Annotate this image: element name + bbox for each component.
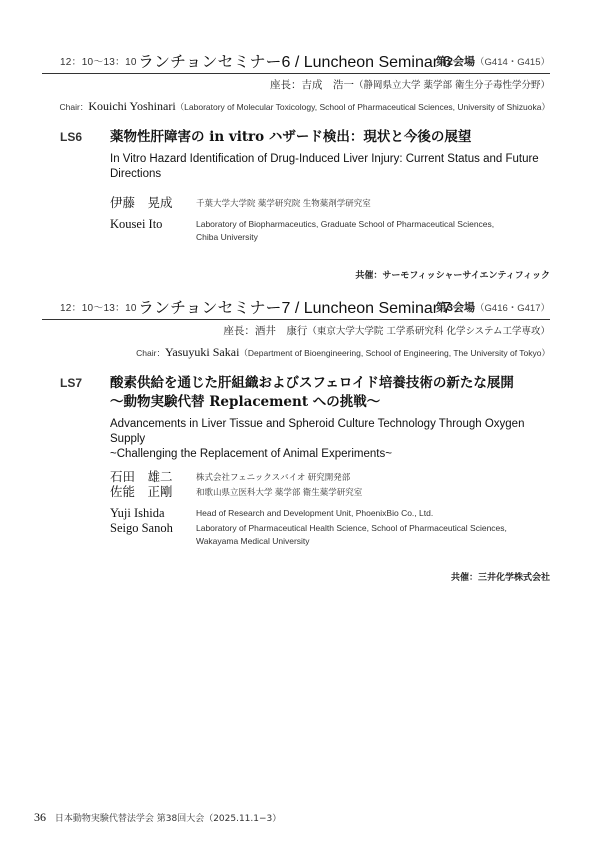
- speaker-affiliation-en: Laboratory of Biopharmaceutics, Graduate…: [196, 217, 494, 244]
- session-title: ランチョンセミナー6 / Luncheon Seminar 6: [138, 49, 451, 72]
- speaker-affiliation-jp: 和歌山県立医科大学 薬学部 衛生薬学研究室: [196, 485, 362, 500]
- speaker-name-jp: 伊藤 晃成: [110, 196, 196, 211]
- lecture-ls6: LS6 薬物性肝障害の in vitro ハザード検出：現状と今後の展望 In …: [42, 128, 550, 244]
- session-title: ランチョンセミナー7 / Luncheon Seminar 7: [138, 295, 451, 318]
- room-name: 第3会場: [436, 302, 475, 314]
- chair-en-name: Kouichi Yoshinari: [88, 99, 175, 113]
- session-time: 12：10～13：10: [60, 299, 137, 314]
- room-codes: （G414・G415）: [475, 57, 550, 68]
- room-name: 第2会場: [436, 56, 475, 68]
- speaker-affiliation-en: Laboratory of Pharmaceutical Health Scie…: [196, 521, 507, 548]
- chair-jp: 座長：酒井 康行（東京大学大学院 工学系研究科 化学システム工学専攻）: [42, 323, 550, 338]
- page-number: 36: [34, 810, 46, 824]
- chair-jp-affiliation: （東京大学大学院 工学系研究科 化学システム工学専攻）: [307, 326, 550, 337]
- speaker-affiliation-en: Head of Research and Development Unit, P…: [196, 506, 433, 521]
- chair-en-label: Chair：: [60, 102, 89, 112]
- speaker-affiliation-jp: 千葉大学大学院 薬学研究院 生物薬剤学研究室: [196, 196, 371, 211]
- lecture-title-en-line1: Advancements in Liver Tissue and Spheroi…: [110, 418, 524, 445]
- chair-en-affiliation: （Department of Bioengineering, School of…: [239, 348, 550, 358]
- aff-line1: Laboratory of Biopharmaceutics, Graduate…: [196, 219, 494, 229]
- chair-jp-name: 吉成 浩一: [301, 79, 354, 91]
- speaker-row-jp: 石田 雄二 株式会社フェニックスバイオ 研究開発部: [110, 470, 550, 485]
- chair-jp: 座長：吉成 浩一（静岡県立大学 薬学部 衛生分子毒性学分野）: [42, 77, 550, 92]
- lecture-title-en-line2: Directions: [110, 168, 161, 180]
- session-header: 12：10～13：10 ランチョンセミナー7 / Luncheon Semina…: [42, 295, 550, 320]
- speaker-name-en: Seigo Sanoh: [110, 521, 196, 548]
- lecture-title-jp-line2: ～動物実験代替 Replacement への挑戦～: [110, 394, 380, 410]
- footer-text: 日本動物実験代替法学会 第38回大会（2025.11.1−3）: [55, 814, 281, 824]
- lecture-title-jp-line1: 酸素供給を通じた肝組織およびスフェロイド培養技術の新たな展開: [110, 375, 514, 391]
- aff-line2: Chiba University: [196, 232, 258, 242]
- lecture-ls7: LS7 酸素供給を通じた肝組織およびスフェロイド培養技術の新たな展開～動物実験代…: [42, 374, 550, 548]
- lecture-title-en: In Vitro Hazard Identification of Drug-I…: [110, 152, 550, 182]
- chair-en-affiliation: （Laboratory of Molecular Toxicology, Sch…: [176, 102, 550, 112]
- session-room: 第2会場（G414・G415）: [436, 53, 550, 69]
- session-header: 12：10～13：10 ランチョンセミナー6 / Luncheon Semina…: [42, 49, 550, 74]
- lecture-code: LS7: [60, 376, 82, 390]
- sponsor: 共催：サーモフィッシャーサイエンティフィック: [42, 268, 550, 281]
- speakers: 伊藤 晃成 千葉大学大学院 薬学研究院 生物薬剤学研究室 Kousei Ito …: [110, 196, 550, 244]
- lecture-title-en-line2: ~Challenging the Replacement of Animal E…: [110, 448, 392, 460]
- speaker-name-jp: 佐能 正剛: [110, 485, 196, 500]
- page-footer: 36 日本動物実験代替法学会 第38回大会（2025.11.1−3）: [34, 810, 281, 825]
- speaker-row-en: Kousei Ito Laboratory of Biopharmaceutic…: [110, 217, 550, 244]
- chair-jp-affiliation: （静岡県立大学 薬学部 衛生分子毒性学分野）: [354, 80, 550, 91]
- speaker-name-jp: 石田 雄二: [110, 470, 196, 485]
- chair-en: Chair：Kouichi Yoshinari（Laboratory of Mo…: [42, 99, 550, 114]
- lecture-code: LS6: [60, 130, 82, 144]
- lecture-title-en-line1: In Vitro Hazard Identification of Drug-I…: [110, 153, 539, 165]
- speaker-row-en: Seigo Sanoh Laboratory of Pharmaceutical…: [110, 521, 550, 548]
- lecture-title-jp: 薬物性肝障害の in vitro ハザード検出：現状と今後の展望: [110, 128, 550, 147]
- session-ls7: 12：10～13：10 ランチョンセミナー7 / Luncheon Semina…: [42, 295, 550, 583]
- aff-line1: Laboratory of Pharmaceutical Health Scie…: [196, 523, 507, 533]
- sponsor: 共催：三井化学株式会社: [42, 570, 550, 583]
- chair-jp-name: 酒井 康行: [255, 325, 308, 337]
- lecture-title-jp: 酸素供給を通じた肝組織およびスフェロイド培養技術の新たな展開～動物実験代替 Re…: [110, 374, 550, 412]
- speaker-row-en: Yuji Ishida Head of Research and Develop…: [110, 506, 550, 521]
- speakers: 石田 雄二 株式会社フェニックスバイオ 研究開発部 佐能 正剛 和歌山県立医科大…: [110, 470, 550, 548]
- speaker-name-en: Kousei Ito: [110, 217, 196, 244]
- speaker-row-jp: 伊藤 晃成 千葉大学大学院 薬学研究院 生物薬剤学研究室: [110, 196, 550, 211]
- chair-en-label: Chair：: [136, 348, 165, 358]
- session-ls6: 12：10～13：10 ランチョンセミナー6 / Luncheon Semina…: [42, 49, 550, 281]
- session-room: 第3会場（G416・G417）: [436, 299, 550, 315]
- chair-en: Chair：Yasuyuki Sakai（Department of Bioen…: [42, 345, 550, 360]
- speaker-row-jp: 佐能 正剛 和歌山県立医科大学 薬学部 衛生薬学研究室: [110, 485, 550, 500]
- speaker-affiliation-jp: 株式会社フェニックスバイオ 研究開発部: [196, 470, 350, 485]
- chair-jp-label: 座長：: [223, 325, 255, 337]
- chair-jp-label: 座長：: [270, 79, 302, 91]
- session-time: 12：10～13：10: [60, 53, 137, 68]
- speaker-name-en: Yuji Ishida: [110, 506, 196, 521]
- lecture-title-en: Advancements in Liver Tissue and Spheroi…: [110, 417, 550, 462]
- aff-line2: Wakayama Medical University: [196, 536, 310, 546]
- chair-en-name: Yasuyuki Sakai: [165, 345, 239, 359]
- room-codes: （G416・G417）: [475, 303, 550, 314]
